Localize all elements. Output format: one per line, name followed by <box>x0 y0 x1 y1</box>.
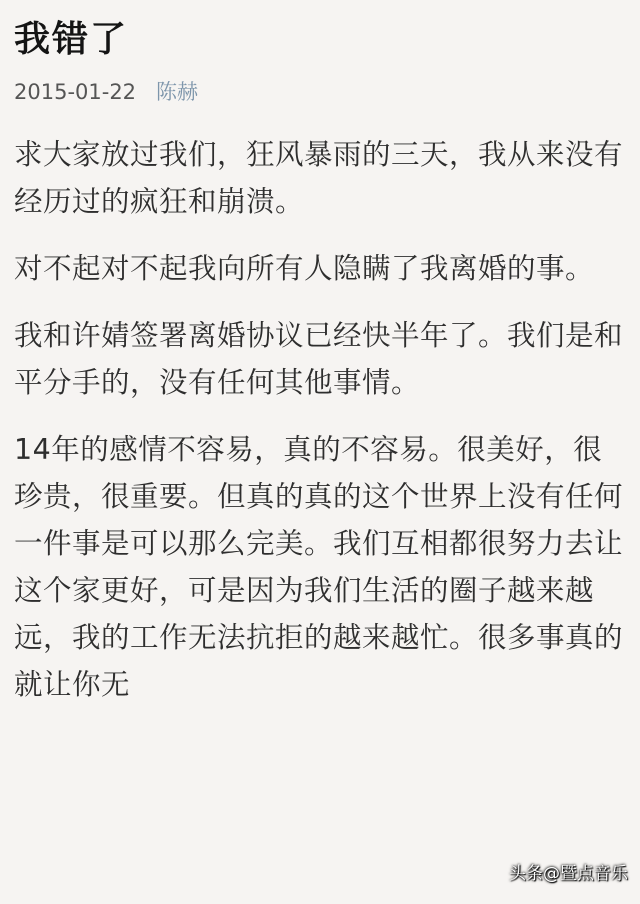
paragraph: 对不起对不起我向所有人隐瞒了我离婚的事。 <box>14 245 623 292</box>
publish-date: 2015-01-22 <box>14 78 136 106</box>
article-title: 我错了 <box>14 0 623 64</box>
article-body: 求大家放过我们，狂风暴雨的三天，我从来没有经历过的疯狂和崩溃。 对不起对不起我向… <box>14 131 623 708</box>
paragraph: 14年的感情不容易，真的不容易。很美好，很珍贵，很重要。但真的真的这个世界上没有… <box>14 426 623 708</box>
paragraph: 求大家放过我们，狂风暴雨的三天，我从来没有经历过的疯狂和崩溃。 <box>14 131 623 225</box>
author-link[interactable]: 陈赫 <box>156 78 198 106</box>
paragraph: 我和许婧签署离婚协议已经快半年了。我们是和平分手的，没有任何其他事情。 <box>14 312 623 406</box>
article-meta: 2015-01-22 陈赫 <box>14 78 623 106</box>
article: 我错了 2015-01-22 陈赫 求大家放过我们，狂风暴雨的三天，我从来没有经… <box>0 0 640 708</box>
watermark: 头条@暨点音乐 <box>509 859 628 884</box>
